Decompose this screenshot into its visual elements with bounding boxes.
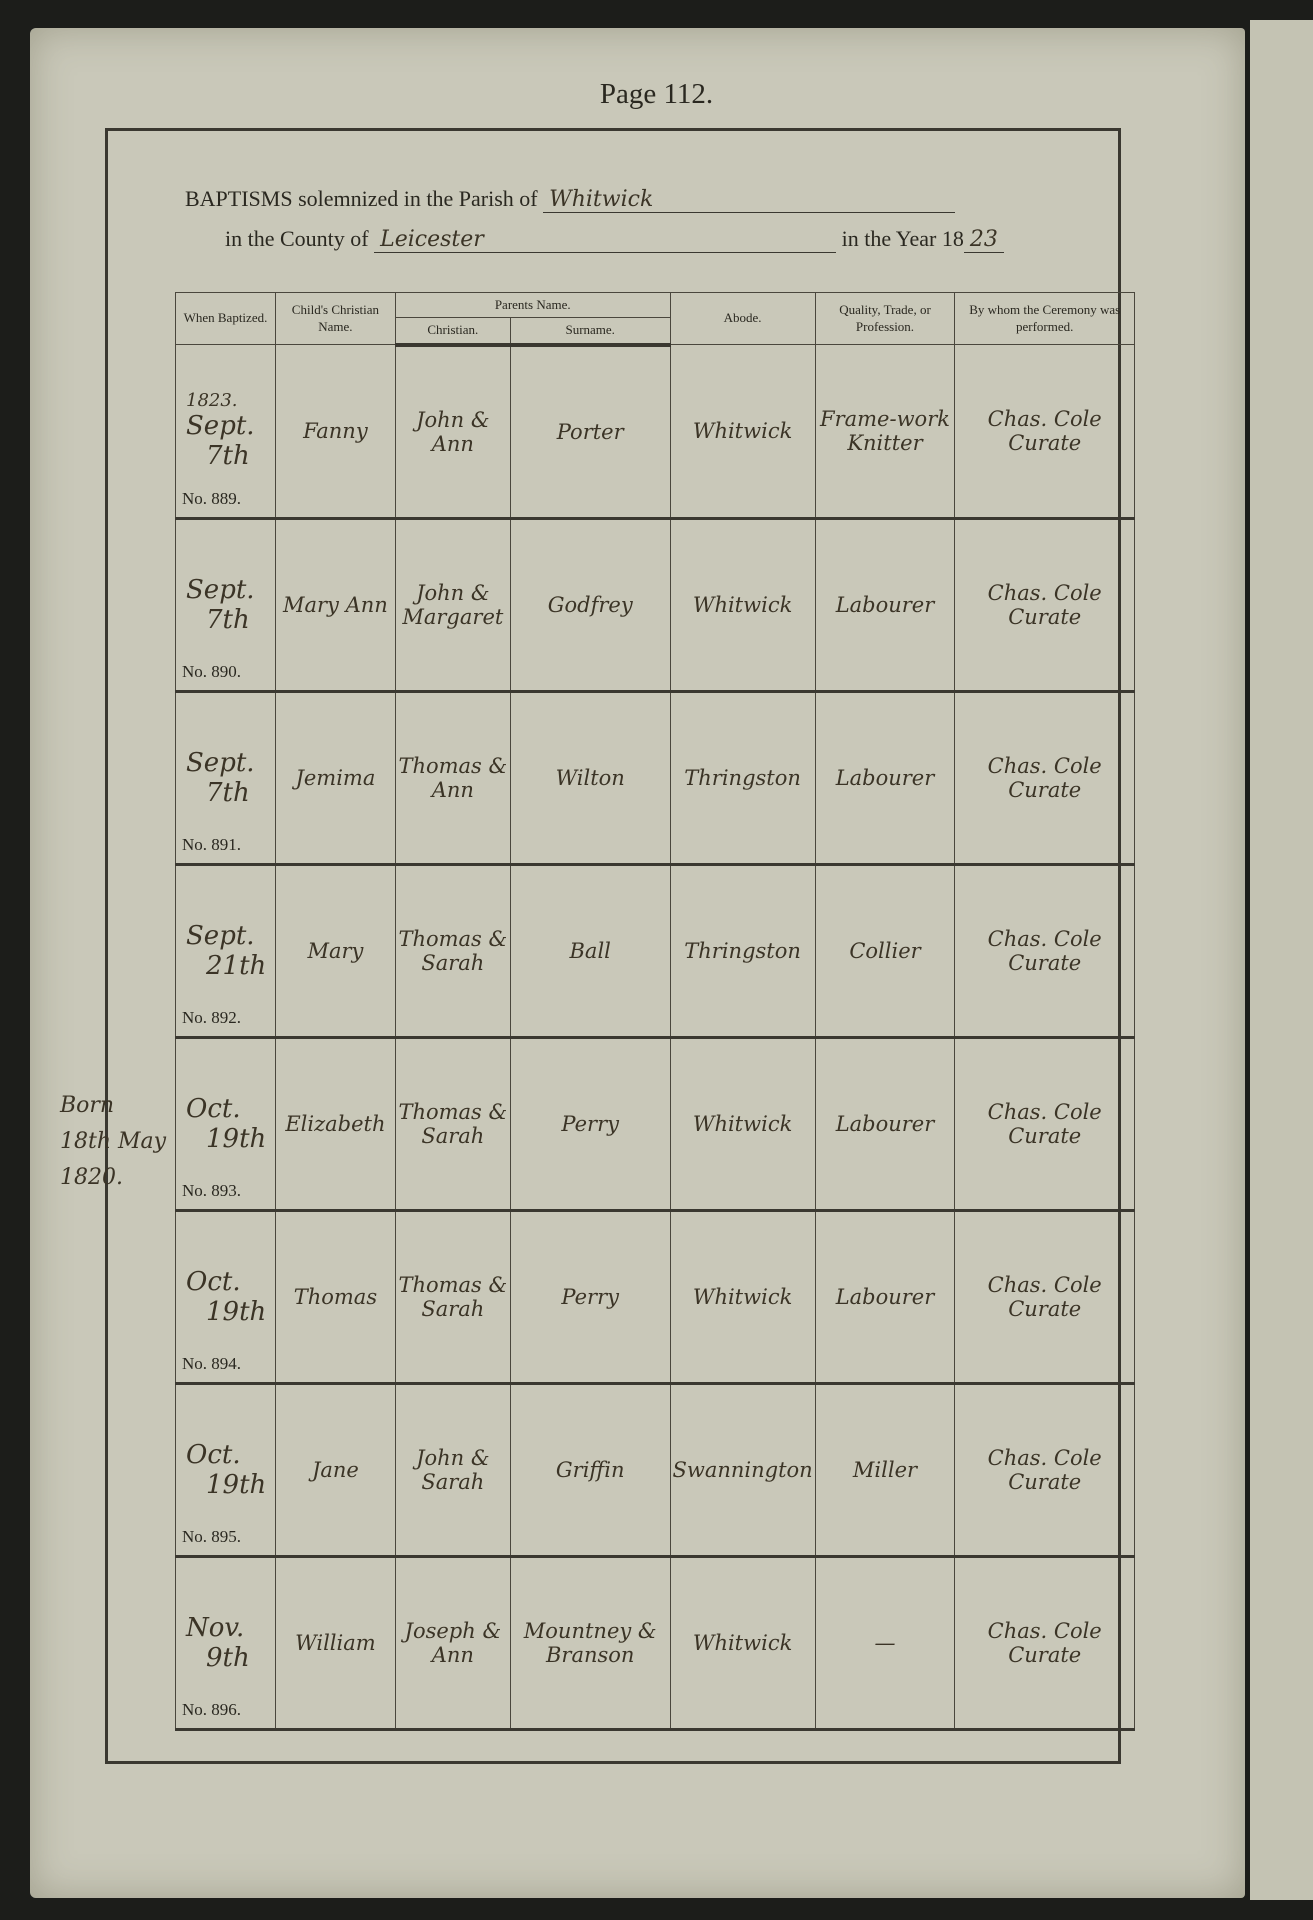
baptism-register-table: When Baptized. Child's Christian Name. P… bbox=[175, 292, 1135, 1731]
cell-quality: Collier bbox=[815, 864, 955, 1037]
col-quality: Quality, Trade, or Profession. bbox=[815, 293, 955, 345]
cell-child-name: Mary bbox=[275, 864, 395, 1037]
cell-officiant: Chas. Cole Curate bbox=[955, 1210, 1135, 1383]
cell-child-name: Thomas bbox=[275, 1210, 395, 1383]
cell-parents-christian: Thomas & Sarah bbox=[395, 1037, 510, 1210]
cell-quality: Frame-work Knitter bbox=[815, 345, 955, 519]
col-parents-christian: Christian. bbox=[395, 318, 510, 345]
county-prefix: in the County of bbox=[225, 226, 369, 251]
col-parents-name: Parents Name. bbox=[395, 293, 670, 318]
cell-child-name: Jemima bbox=[275, 691, 395, 864]
year-prefix: in the Year 18 bbox=[842, 226, 964, 251]
col-abode: Abode. bbox=[670, 293, 815, 345]
table-row: 1823. Sept. 7th No. 889. Fanny John & An… bbox=[176, 345, 1135, 519]
cell-date: Oct. 19th No. 895. bbox=[176, 1383, 276, 1556]
cell-surname: Perry bbox=[510, 1210, 670, 1383]
cell-officiant: Chas. Cole Curate bbox=[955, 1037, 1135, 1210]
cell-officiant: Chas. Cole Curate bbox=[955, 691, 1135, 864]
entry-number: No. 896. bbox=[182, 1700, 241, 1720]
cell-parents-christian: Thomas & Sarah bbox=[395, 1210, 510, 1383]
cell-quality: Labourer bbox=[815, 518, 955, 691]
cell-surname: Godfrey bbox=[510, 518, 670, 691]
cell-abode: Whitwick bbox=[670, 1556, 815, 1729]
facing-page-edge bbox=[1250, 20, 1313, 1900]
cell-abode: Swannington bbox=[670, 1383, 815, 1556]
table-row: Sept. 7th No. 890. Mary Ann John & Marga… bbox=[176, 518, 1135, 691]
cell-parents-christian: Thomas & Ann bbox=[395, 691, 510, 864]
cell-officiant: Chas. Cole Curate bbox=[955, 1556, 1135, 1729]
page-title: Page 112. bbox=[0, 78, 1313, 111]
cell-parents-christian: John & Sarah bbox=[395, 1383, 510, 1556]
cell-date: Nov. 9th No. 896. bbox=[176, 1556, 276, 1729]
cell-child-name: Elizabeth bbox=[275, 1037, 395, 1210]
cell-abode: Whitwick bbox=[670, 1037, 815, 1210]
table-row: Sept. 7th No. 891. Jemima Thomas & Ann W… bbox=[176, 691, 1135, 864]
entry-number: No. 893. bbox=[182, 1181, 241, 1201]
parish-name: Whitwick bbox=[543, 187, 955, 213]
header-prefix: BAPTISMS solemnized in the Parish of bbox=[185, 186, 538, 211]
cell-surname: Mountney & Branson bbox=[510, 1556, 670, 1729]
entry-number: No. 895. bbox=[182, 1527, 241, 1547]
cell-parents-christian: Thomas & Sarah bbox=[395, 864, 510, 1037]
entry-number: No. 892. bbox=[182, 1008, 241, 1028]
year-value: 23 bbox=[964, 227, 1004, 253]
cell-date: 1823. Sept. 7th No. 889. bbox=[176, 345, 276, 519]
header-line-1: BAPTISMS solemnized in the Parish of Whi… bbox=[185, 186, 955, 213]
cell-parents-christian: John & Ann bbox=[395, 345, 510, 519]
cell-quality: Miller bbox=[815, 1383, 955, 1556]
cell-officiant: Chas. Cole Curate bbox=[955, 864, 1135, 1037]
col-when-baptized: When Baptized. bbox=[176, 293, 276, 345]
cell-quality: — bbox=[815, 1556, 955, 1729]
cell-surname: Wilton bbox=[510, 691, 670, 864]
entry-number: No. 891. bbox=[182, 835, 241, 855]
cell-child-name: William bbox=[275, 1556, 395, 1729]
table-row: Sept. 21th No. 892. Mary Thomas & Sarah … bbox=[176, 864, 1135, 1037]
table-row: Nov. 9th No. 896. William Joseph & Ann M… bbox=[176, 1556, 1135, 1729]
cell-quality: Labourer bbox=[815, 1210, 955, 1383]
cell-surname: Porter bbox=[510, 345, 670, 519]
cell-parents-christian: John & Margaret bbox=[395, 518, 510, 691]
cell-child-name: Jane bbox=[275, 1383, 395, 1556]
cell-date: Sept. 21th No. 892. bbox=[176, 864, 276, 1037]
cell-abode: Whitwick bbox=[670, 345, 815, 519]
cell-surname: Perry bbox=[510, 1037, 670, 1210]
cell-child-name: Mary Ann bbox=[275, 518, 395, 691]
cell-parents-christian: Joseph & Ann bbox=[395, 1556, 510, 1729]
entry-number: No. 889. bbox=[182, 489, 241, 509]
cell-officiant: Chas. Cole Curate bbox=[955, 345, 1135, 519]
col-by-whom: By whom the Ceremony was performed. bbox=[955, 293, 1135, 345]
cell-abode: Thringston bbox=[670, 691, 815, 864]
col-child-name: Child's Christian Name. bbox=[275, 293, 395, 345]
table-row: Oct. 19th No. 894. Thomas Thomas & Sarah… bbox=[176, 1210, 1135, 1383]
header-line-2: in the County of Leicester in the Year 1… bbox=[225, 226, 1004, 253]
entry-number: No. 894. bbox=[182, 1354, 241, 1374]
margin-note: Born 18th May 1820. bbox=[60, 1088, 166, 1196]
cell-officiant: Chas. Cole Curate bbox=[955, 1383, 1135, 1556]
entry-number: No. 890. bbox=[182, 662, 241, 682]
cell-officiant: Chas. Cole Curate bbox=[955, 518, 1135, 691]
cell-abode: Whitwick bbox=[670, 1210, 815, 1383]
county-name: Leicester bbox=[374, 227, 836, 253]
table-row: Oct. 19th No. 893. Elizabeth Thomas & Sa… bbox=[176, 1037, 1135, 1210]
cell-abode: Thringston bbox=[670, 864, 815, 1037]
cell-date: Sept. 7th No. 891. bbox=[176, 691, 276, 864]
cell-date: Sept. 7th No. 890. bbox=[176, 518, 276, 691]
cell-surname: Ball bbox=[510, 864, 670, 1037]
cell-surname: Griffin bbox=[510, 1383, 670, 1556]
cell-quality: Labourer bbox=[815, 691, 955, 864]
cell-date: Oct. 19th No. 894. bbox=[176, 1210, 276, 1383]
table-row: Oct. 19th No. 895. Jane John & Sarah Gri… bbox=[176, 1383, 1135, 1556]
cell-abode: Whitwick bbox=[670, 518, 815, 691]
cell-date: Oct. 19th No. 893. bbox=[176, 1037, 276, 1210]
cell-child-name: Fanny bbox=[275, 345, 395, 519]
cell-quality: Labourer bbox=[815, 1037, 955, 1210]
col-parents-surname: Surname. bbox=[510, 318, 670, 345]
